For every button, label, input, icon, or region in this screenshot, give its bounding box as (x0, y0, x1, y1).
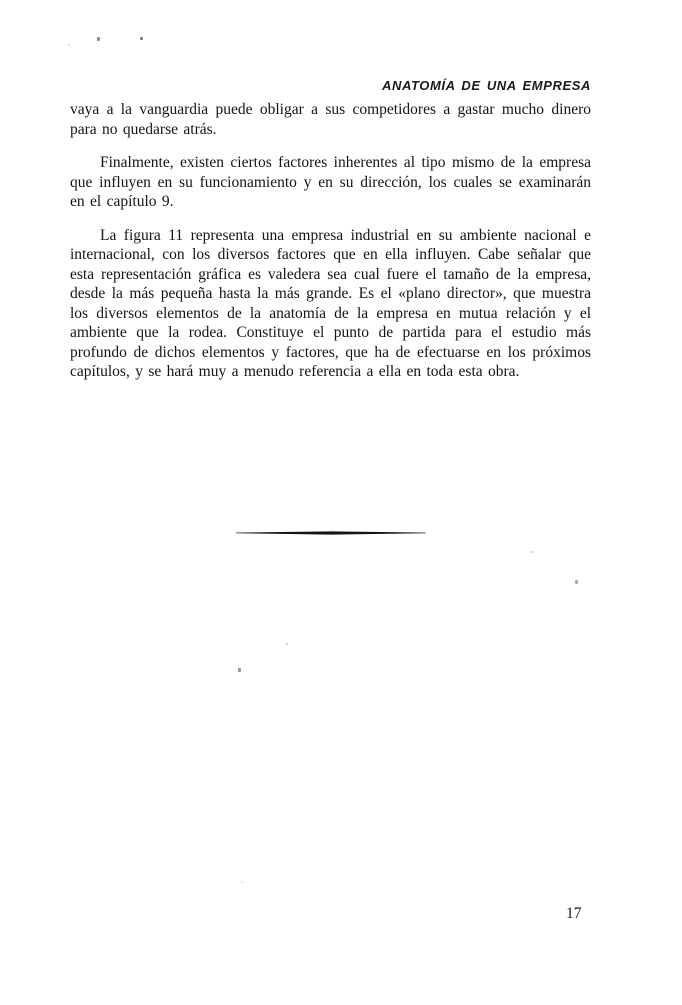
page-number: 17 (566, 905, 596, 923)
scan-speck (286, 643, 288, 645)
scan-speck (97, 37, 100, 41)
scan-speck (241, 881, 243, 883)
scan-speck (68, 44, 70, 46)
scan-speck (531, 551, 534, 553)
book-page: ANATOMÍA DE UNA EMPRESA vaya a la vangua… (0, 0, 682, 1005)
paragraph-3: La figura 11 representa una empresa indu… (70, 226, 591, 382)
running-head: ANATOMÍA DE UNA EMPRESA (70, 78, 591, 93)
paragraph-2: Finalmente, existen ciertos factores inh… (70, 153, 591, 212)
scan-speck (238, 668, 241, 672)
scan-speck (575, 580, 578, 584)
paragraph-1: vaya a la vanguardia puede obligar a sus… (70, 100, 591, 139)
scan-speck (140, 37, 143, 40)
text-block: vaya a la vanguardia puede obligar a sus… (70, 100, 591, 382)
section-divider-rule (236, 530, 426, 536)
